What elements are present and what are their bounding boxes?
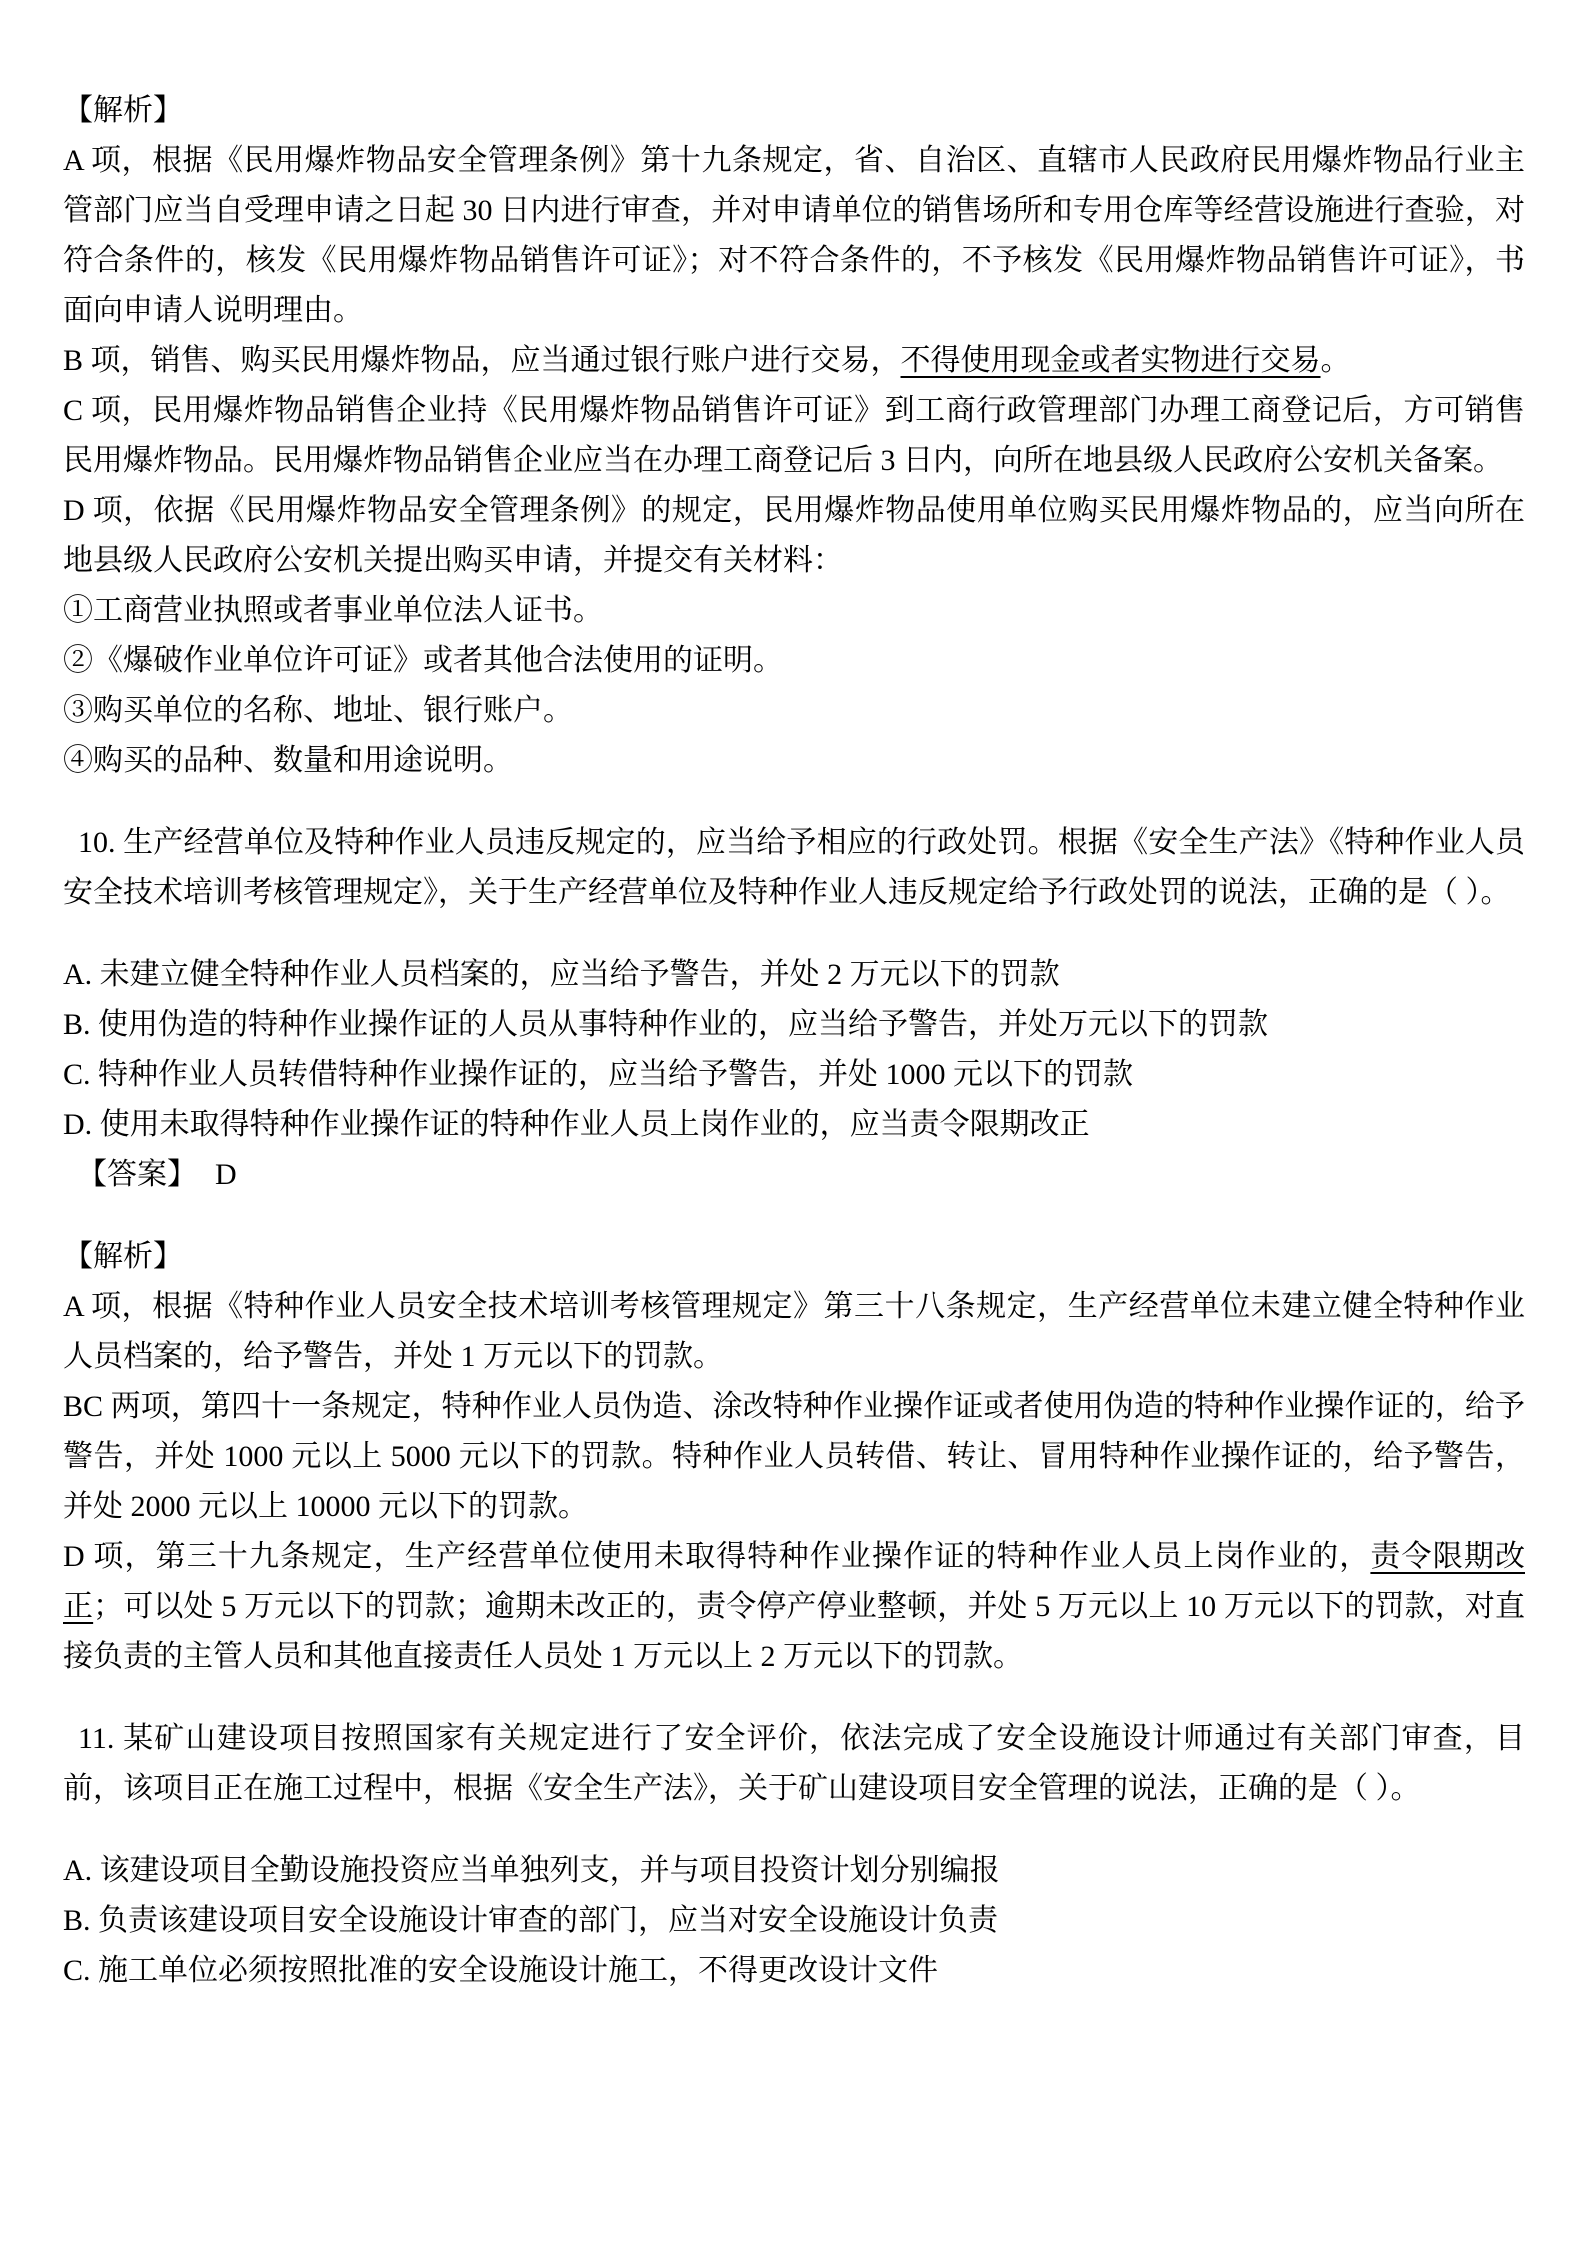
analysis-q10-label: 【解析】: [63, 1232, 1525, 1282]
question-10-answer: 【答案】D: [63, 1150, 1525, 1200]
question-10-option-c: C. 特种作业人员转借特种作业操作证的，应当给予警告，并处 1000 元以下的罚…: [63, 1050, 1525, 1100]
question-11-stem: 11. 某矿山建设项目按照国家有关规定进行了安全评价，依法完成了安全设施设计师通…: [63, 1714, 1525, 1814]
analysis-q9-item-b: B 项，销售、购买民用爆炸物品，应当通过银行账户进行交易，不得使用现金或者实物进…: [63, 336, 1525, 386]
document-page: 【解析】 A 项，根据《民用爆炸物品安全管理条例》第十九条规定，省、自治区、直辖…: [0, 0, 1587, 2244]
analysis-q10-item-d-post-text: ；可以处 5 万元以下的罚款；逾期未改正的，责令停产停业整顿，并处 5 万元以上…: [63, 1590, 1525, 1673]
analysis-q10-item-a: A 项，根据《特种作业人员安全技术培训考核管理规定》第三十八条规定，生产经营单位…: [63, 1282, 1525, 1382]
question-10-answer-value: D: [215, 1158, 237, 1191]
question-11-stem-text: 某矿山建设项目按照国家有关规定进行了安全评价，依法完成了安全设施设计师通过有关部…: [63, 1722, 1525, 1805]
analysis-q10-item-d: D 项，第三十九条规定，生产经营单位使用未取得特种作业操作证的特种作业人员上岗作…: [63, 1532, 1525, 1682]
analysis-q9-list-item-3: ③购买单位的名称、地址、银行账户。: [63, 686, 1525, 736]
analysis-q9-label: 【解析】: [63, 86, 1525, 136]
question-11-option-b: B. 负责该建设项目安全设施设计审查的部门，应当对安全设施设计负责: [63, 1896, 1525, 1946]
question-10-option-a: A. 未建立健全特种作业人员档案的，应当给予警告，并处 2 万元以下的罚款: [63, 950, 1525, 1000]
question-11-option-c: C. 施工单位必须按照批准的安全设施设计施工，不得更改设计文件: [63, 1946, 1525, 1996]
question-10-option-b: B. 使用伪造的特种作业操作证的人员从事特种作业的，应当给予警告，并处万元以下的…: [63, 1000, 1525, 1050]
analysis-q10-item-d-text: D 项，第三十九条规定，生产经营单位使用未取得特种作业操作证的特种作业人员上岗作…: [63, 1540, 1370, 1573]
analysis-q9-item-b-text: B 项，销售、购买民用爆炸物品，应当通过银行账户进行交易，: [63, 344, 901, 377]
analysis-q9-list-item-1: ①工商营业执照或者事业单位法人证书。: [63, 586, 1525, 636]
question-10-stem: 10. 生产经营单位及特种作业人员违反规定的，应当给予相应的行政处罚。根据《安全…: [63, 818, 1525, 918]
question-11-number: 11.: [78, 1722, 114, 1755]
analysis-q9-item-c: C 项，民用爆炸物品销售企业持《民用爆炸物品销售许可证》到工商行政管理部门办理工…: [63, 386, 1525, 486]
analysis-q9-item-d: D 项，依据《民用爆炸物品安全管理条例》的规定，民用爆炸物品使用单位购买民用爆炸…: [63, 486, 1525, 586]
question-10-answer-label: 【答案】: [77, 1158, 197, 1191]
analysis-q9-list-item-2: ②《爆破作业单位许可证》或者其他合法使用的证明。: [63, 636, 1525, 686]
question-10-number: 10.: [78, 826, 116, 859]
analysis-q9-item-b-period: 。: [1321, 344, 1351, 377]
analysis-q9-list-item-4: ④购买的品种、数量和用途说明。: [63, 736, 1525, 786]
analysis-q10-item-bc: BC 两项，第四十一条规定，特种作业人员伪造、涂改特种作业操作证或者使用伪造的特…: [63, 1382, 1525, 1532]
analysis-q9-item-a: A 项，根据《民用爆炸物品安全管理条例》第十九条规定，省、自治区、直辖市人民政府…: [63, 136, 1525, 336]
question-10-option-d: D. 使用未取得特种作业操作证的特种作业人员上岗作业的，应当责令限期改正: [63, 1100, 1525, 1150]
question-11-option-a: A. 该建设项目全勤设施投资应当单独列支，并与项目投资计划分别编报: [63, 1846, 1525, 1896]
analysis-q9-item-b-underlined-text: 不得使用现金或者实物进行交易: [901, 344, 1321, 377]
question-10-stem-text: 生产经营单位及特种作业人员违反规定的，应当给予相应的行政处罚。根据《安全生产法》…: [63, 826, 1525, 909]
